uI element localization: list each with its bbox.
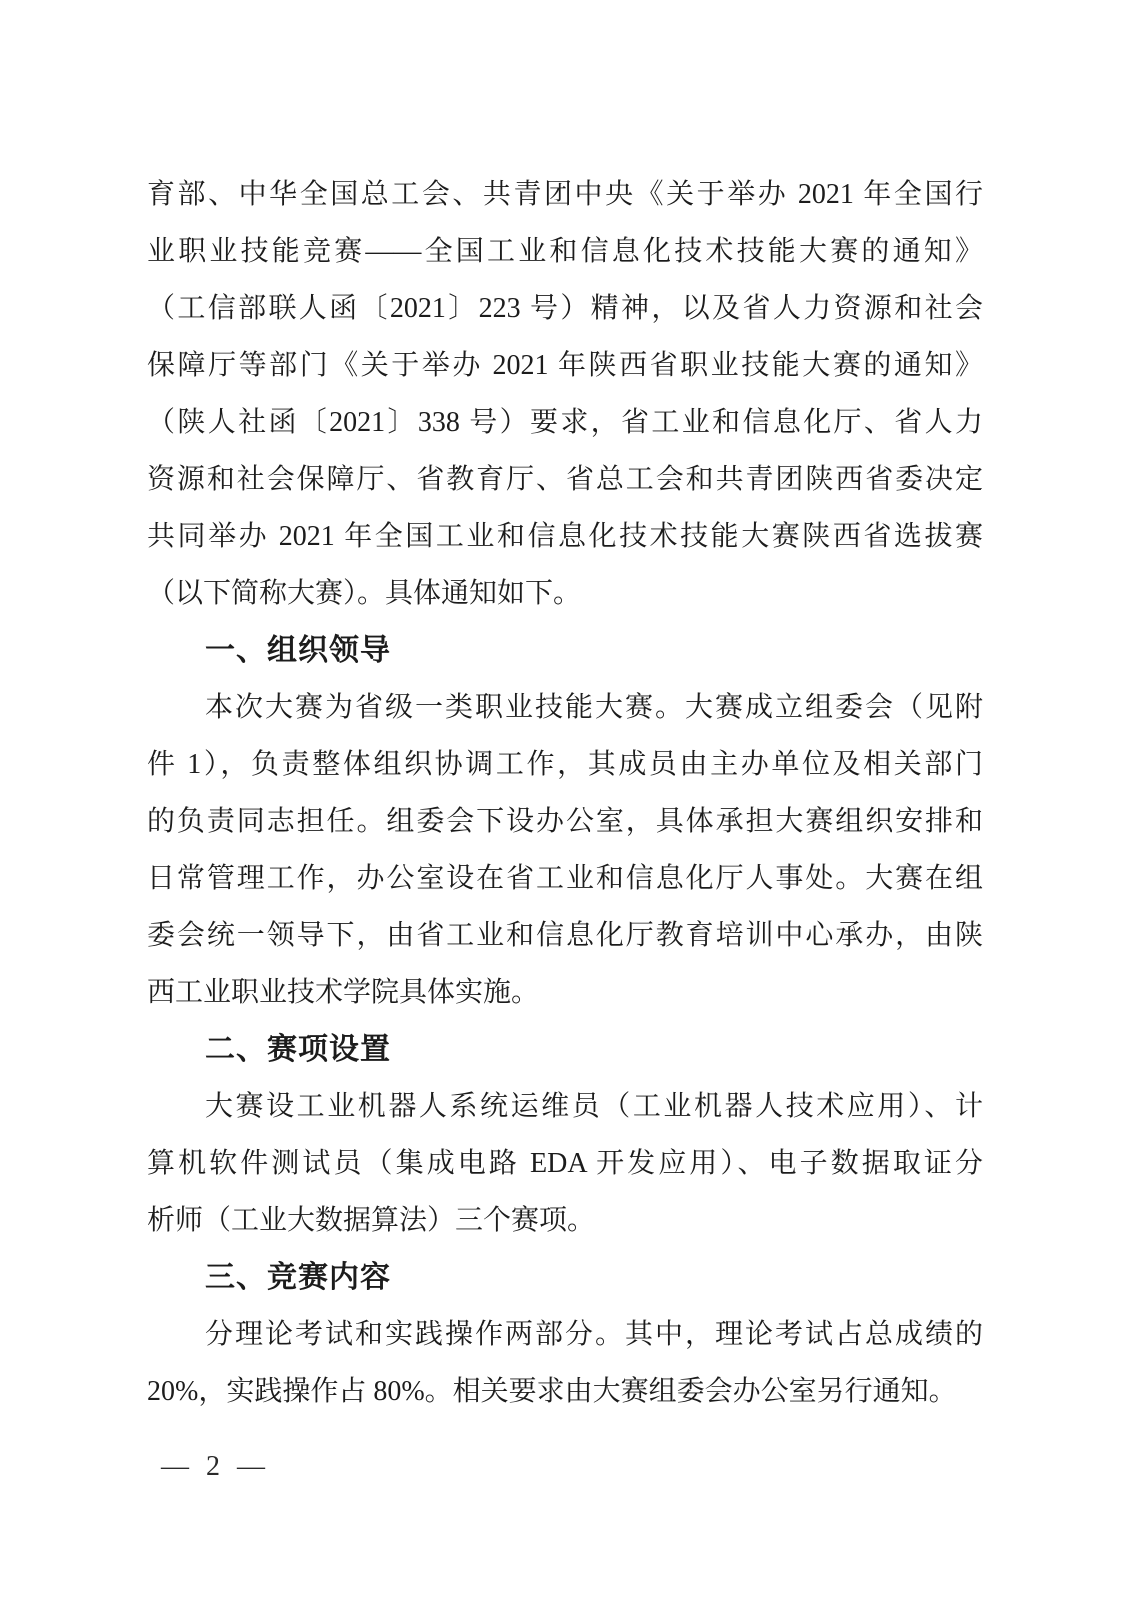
text-line: 保障厅等部门《关于举办 2021 年陕西省职业技能大赛的通知》 [147, 337, 983, 394]
text-line: 业职业技能竞赛——全国工业和信息化技术技能大赛的通知》 [147, 223, 983, 280]
text-line: 20%，实践操作占 80%。相关要求由大赛组委会办公室另行通知。 [147, 1363, 983, 1420]
text-line: 育部、中华全国总工会、共青团中央《关于举办 2021 年全国行 [147, 166, 983, 223]
section-heading-1: 一、组织领导 [147, 622, 983, 679]
text-line: 本次大赛为省级一类职业技能大赛。大赛成立组委会（见附 [147, 679, 983, 736]
text-line: 的负责同志担任。组委会下设办公室，具体承担大赛组织安排和 [147, 793, 983, 850]
text-line: （以下简称大赛）。具体通知如下。 [147, 565, 983, 622]
section-heading-2: 二、赛项设置 [147, 1021, 983, 1078]
text-line: （陕人社函〔2021〕338 号）要求，省工业和信息化厅、省人力 [147, 394, 983, 451]
text-line: 算机软件测试员（集成电路 EDA 开发应用）、电子数据取证分 [147, 1135, 983, 1192]
text-line: 共同举办 2021 年全国工业和信息化技术技能大赛陕西省选拔赛 [147, 508, 983, 565]
text-line: 资源和社会保障厅、省教育厅、省总工会和共青团陕西省委决定 [147, 451, 983, 508]
text-line: 件 1），负责整体组织协调工作，其成员由主办单位及相关部门 [147, 736, 983, 793]
text-line: （工信部联人函〔2021〕223 号）精神，以及省人力资源和社会 [147, 280, 983, 337]
text-line: 大赛设工业机器人系统运维员（工业机器人技术应用）、计 [147, 1078, 983, 1135]
document-page: 育部、中华全国总工会、共青团中央《关于举办 2021 年全国行 业职业技能竞赛—… [0, 0, 1131, 1600]
text-line: 析师（工业大数据算法）三个赛项。 [147, 1192, 983, 1249]
text-line: 日常管理工作，办公室设在省工业和信息化厅人事处。大赛在组 [147, 850, 983, 907]
text-line: 分理论考试和实践操作两部分。其中，理论考试占总成绩的 [147, 1306, 983, 1363]
page-number: — 2 — [161, 1442, 265, 1492]
section-heading-3: 三、竞赛内容 [147, 1249, 983, 1306]
text-line: 西工业职业技术学院具体实施。 [147, 964, 983, 1021]
document-body: 育部、中华全国总工会、共青团中央《关于举办 2021 年全国行 业职业技能竞赛—… [147, 166, 983, 1420]
text-line: 委会统一领导下，由省工业和信息化厅教育培训中心承办，由陕 [147, 907, 983, 964]
